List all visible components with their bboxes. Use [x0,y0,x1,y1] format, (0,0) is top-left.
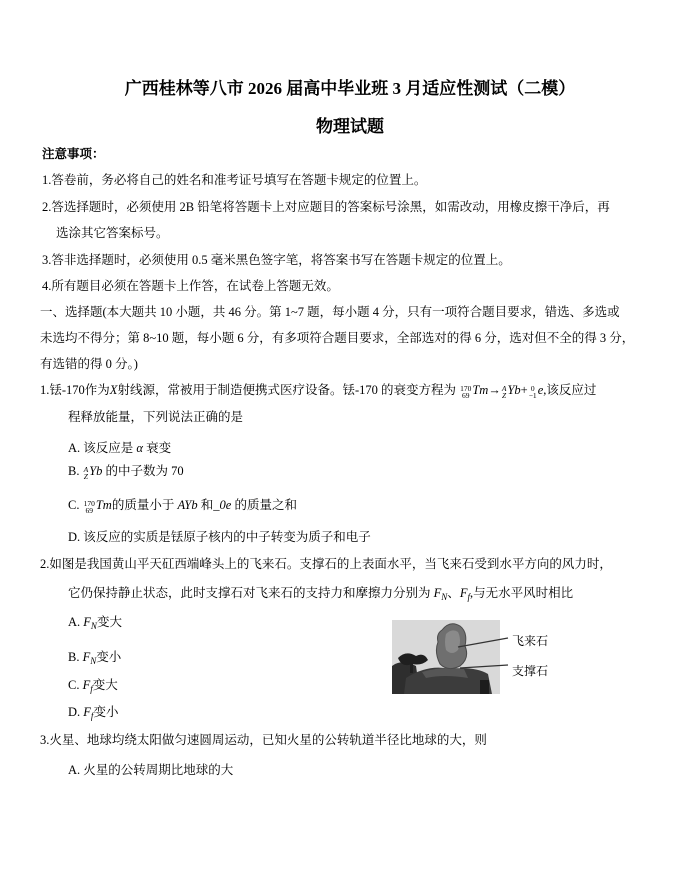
q2-option-d: D. Ff变小 [68,704,118,724]
question-3-line-1: 3.火星、地球均绕太阳做匀速圆周运动，已知火星的公转轨道半径比地球的大，则 [40,732,487,748]
tm-opt-symbol: Tm [96,498,112,512]
q2-d-force-symbol: F [83,705,91,719]
q2-option-a: A. FN变大 [68,614,122,634]
q1-option-c-post1: 的质量小于 [112,498,178,512]
question-2-line-1: 2.如图是我国黄山平天矼西端峰头上的飞来石。支撑石的上表面水平，当飞来石受到水平… [40,556,612,572]
flying-rock-photo [392,616,542,698]
q2-option-b-text: 变小 [96,650,121,664]
photo-bush [480,680,489,694]
nuclide-e: 0−1 [529,385,537,399]
q1-text-mid: 射线源，常被用于制造便携式医疗设备。铥-170 的衰变方程为 [117,383,456,397]
photo-flying-rock-highlight [445,630,460,653]
decay-arrow: → [488,383,501,397]
q1-option-a-post: 衰变 [143,441,171,455]
notice-item-2-cont: 选涂其它答案标号。 [56,225,169,241]
exam-paper-page: 广西桂林等八市 2026 届高中毕业班 3 月适应性测试（二模） 物理试题 注意… [0,0,700,877]
photo-tree-trunk [410,663,413,673]
q2-option-a-text: 变大 [97,615,122,629]
yb-opt-symbol: Yb [89,464,102,478]
q1-option-c-letter: C. [68,498,83,512]
notice-item-2: 2.答选择题时，必须使用 2B 铅笔将答题卡上对应题目的答案标号涂黑，如需改动，… [42,199,610,215]
q1-option-c: C. 17069Tm的质量小于 AYb 和_0e 的质量之和 [68,497,297,514]
q1-text-pre: 1.铥-170作为 [40,383,110,397]
q2-line2-post: ,与无水平风时相比 [470,586,573,600]
label-support-rock: 支撑石 [512,662,548,679]
section-intro-line-1: 一、选择题(本大题共 10 小题，共 46 分。第 1~7 题，每小题 4 分，… [40,304,620,320]
q1-option-b-post: 的中子数为 70 [102,464,183,478]
e-italic-text: _0e [213,498,231,512]
q2-a-force-symbol: F [83,615,91,629]
q2-line2-pre: 它仍保持静止状态，此时支撑石对飞来石的支持力和摩擦力分别为 [68,586,434,600]
question-1-line-1: 1.铥-170作为X射线源，常被用于制造便携式医疗设备。铥-170 的衰变方程为… [40,382,596,399]
q2-option-d-text: 变小 [93,705,118,719]
q2-option-b-letter: B. [68,650,83,664]
q1-option-d: D. 该反应的实质是铥原子核内的中子转变为质子和电子 [68,529,371,545]
nuclide-yb: AZ [502,385,507,399]
q3-option-a: A. 火星的公转周期比地球的大 [68,762,233,778]
nuclide-tm-option: 17069 [84,500,95,514]
yb-italic-text: AYb [177,498,197,512]
q1-option-b: B. AZYb 的中子数为 70 [68,463,184,480]
notice-item-1: 1.答卷前，务必将自己的姓名和准考证号填写在答题卡规定的位置上。 [42,172,426,188]
q2-option-b: B. FN变小 [68,649,121,669]
q1-option-b-letter: B. [68,464,83,478]
plus-sign: + [521,383,528,397]
tm-atomic-number: 69 [460,392,471,399]
q1-option-c-mid: 和 [198,498,214,512]
notice-heading: 注意事项： [42,146,105,162]
q1-option-c-post2: 的质量之和 [231,498,297,512]
q2-option-c-text: 变大 [93,678,118,692]
tm-opt-atomic: 69 [84,507,95,514]
tm-symbol: Tm [472,383,488,397]
e-charge-number: −1 [529,392,537,399]
nuclide-yb-option: AZ [84,466,89,480]
q2-option-a-letter: A. [68,615,83,629]
nuclide-tm: 17069 [460,385,471,399]
question-1-line-2: 程释放能量，下列说法正确的是 [68,409,243,425]
q2-option-c-letter: C. [68,678,83,692]
q1-option-a: A. 该反应是 α 衰变 [68,440,171,456]
yb-opt-atomic: Z [84,473,89,480]
q1-option-a-pre: A. 该反应是 [68,441,136,455]
section-intro-line-2: 未选均不得分；第 8~10 题，每小题 6 分，有多项符合题目要求，全部选对的得… [40,330,634,346]
q1-text-post: ,该反应过 [543,383,596,397]
q2-figure: 飞来石 支撑石 [392,616,692,698]
question-2-line-2: 它仍保持静止状态，此时支撑石对飞来石的支持力和摩擦力分别为 FN、Ff,与无水平… [68,585,573,605]
section-intro-line-3: 有选错的得 0 分。) [40,356,138,372]
exam-subtitle: 物理试题 [0,112,700,137]
exam-title: 广西桂林等八市 2026 届高中毕业班 3 月适应性测试（二模） [0,74,700,99]
notice-item-4: 4.所有题目必须在答题卡上作答，在试卷上答题无效。 [42,278,339,294]
notice-item-3: 3.答非选择题时，必须使用 0.5 毫米黑色签字笔，将答案书写在答题卡规定的位置… [42,252,511,268]
yb-atomic-number: Z [502,392,507,399]
yb-symbol: Yb [507,383,520,397]
q2-option-d-letter: D. [68,705,83,719]
label-flying-rock: 飞来石 [512,632,548,649]
q2-option-c: C. Ff变大 [68,677,118,697]
q2-separator: 、 [447,586,460,600]
